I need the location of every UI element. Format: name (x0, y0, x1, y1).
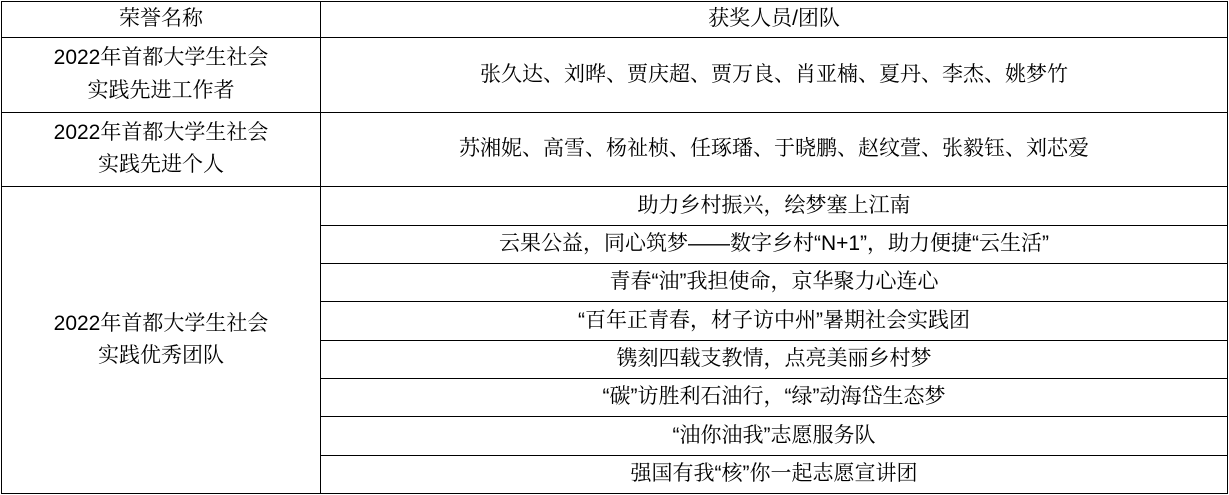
table-row-team-1: 2022年首都大学生社会 实践优秀团队 助力乡村振兴，绘梦塞上江南 (2, 187, 1228, 225)
table-row-advanced-individuals: 2022年首都大学生社会 实践先进个人 苏湘妮、高雪、杨祉桢、任琢璠、于晓鹏、赵… (2, 112, 1228, 187)
team-cell-8: 强国有我“核”你一起志愿宣讲团 (321, 455, 1228, 493)
honor-cell-advanced-individuals: 2022年首都大学生社会 实践先进个人 (2, 112, 321, 187)
header-cell-recipients: 获奖人员/团队 (321, 2, 1228, 38)
recipients-cell-advanced-individuals: 苏湘妮、高雪、杨祉桢、任琢璠、于晓鹏、赵纹萱、张毅钰、刘芯爱 (321, 112, 1228, 187)
header-row: 荣誉名称 获奖人员/团队 (2, 2, 1228, 38)
honor-cell-advanced-workers: 2022年首都大学生社会 实践先进工作者 (2, 38, 321, 113)
team-cell-7: “油你油我”志愿服务队 (321, 417, 1228, 455)
team-cell-4: “百年正青春，材子访中州”暑期社会实践团 (321, 302, 1228, 340)
recipients-cell-advanced-workers: 张久达、刘晔、贾庆超、贾万良、肖亚楠、夏丹、李杰、姚梦竹 (321, 38, 1228, 113)
header-cell-honor-name: 荣誉名称 (2, 2, 321, 38)
team-cell-1: 助力乡村振兴，绘梦塞上江南 (321, 187, 1228, 225)
team-cell-2: 云果公益，同心筑梦——数字乡村“N+1”，助力便捷“云生活” (321, 225, 1228, 263)
table-row-advanced-workers: 2022年首都大学生社会 实践先进工作者 张久达、刘晔、贾庆超、贾万良、肖亚楠、… (2, 38, 1228, 113)
team-cell-5: 镌刻四载支教情，点亮美丽乡村梦 (321, 340, 1228, 378)
award-table: 荣誉名称 获奖人员/团队 2022年首都大学生社会 实践先进工作者 张久达、刘晔… (1, 1, 1228, 494)
team-cell-3: 青春“油”我担使命，京华聚力心连心 (321, 263, 1228, 301)
honor-cell-outstanding-teams: 2022年首都大学生社会 实践优秀团队 (2, 187, 321, 494)
team-cell-6: “碳”访胜利石油行，“绿”动海岱生态梦 (321, 378, 1228, 416)
